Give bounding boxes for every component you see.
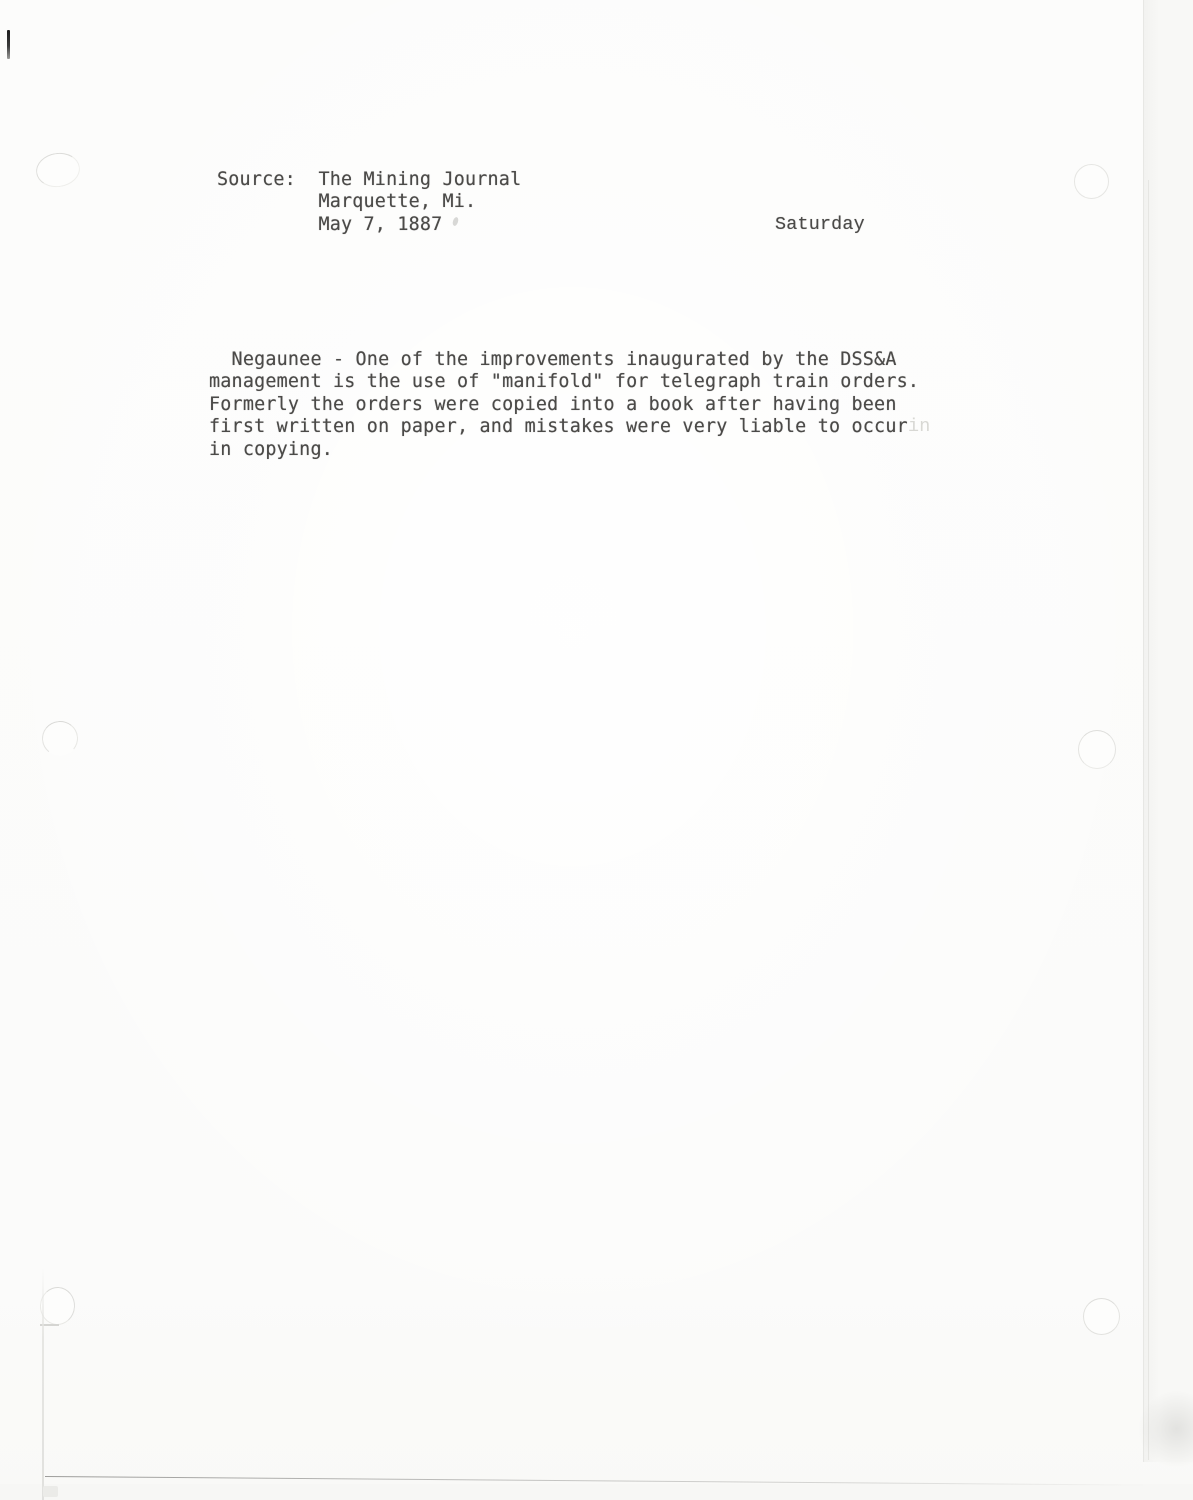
page-right-edge-line bbox=[1148, 180, 1149, 1460]
hole-punch-middle-right bbox=[1078, 730, 1116, 769]
page-right-edge-shadow bbox=[1143, 0, 1193, 1462]
source-citation-block: Source: The Mining Journal Marquette, Mi… bbox=[217, 169, 521, 236]
page-left-edge-line bbox=[42, 1268, 44, 1500]
bottom-right-shadow bbox=[1138, 1390, 1193, 1468]
hole-punch-top-right bbox=[1074, 164, 1109, 199]
hole-punch-bottom-right bbox=[1083, 1298, 1120, 1335]
scanned-document-page: Source: The Mining Journal Marquette, Mi… bbox=[0, 0, 1193, 1500]
article-paragraph: Negaunee - One of the improvements inaug… bbox=[209, 349, 919, 461]
page-bottom-edge-shadow bbox=[0, 1484, 1193, 1500]
weekday-label: Saturday bbox=[775, 214, 865, 236]
hole-punch-middle-left bbox=[40, 719, 79, 758]
bottom-left-corner-mark bbox=[43, 1486, 58, 1497]
ghost-typed-word: in bbox=[908, 416, 930, 438]
hole-punch-top-left bbox=[34, 150, 82, 190]
hole-punch-bottom-left bbox=[39, 1286, 77, 1326]
binder-edge-mark bbox=[7, 30, 10, 59]
